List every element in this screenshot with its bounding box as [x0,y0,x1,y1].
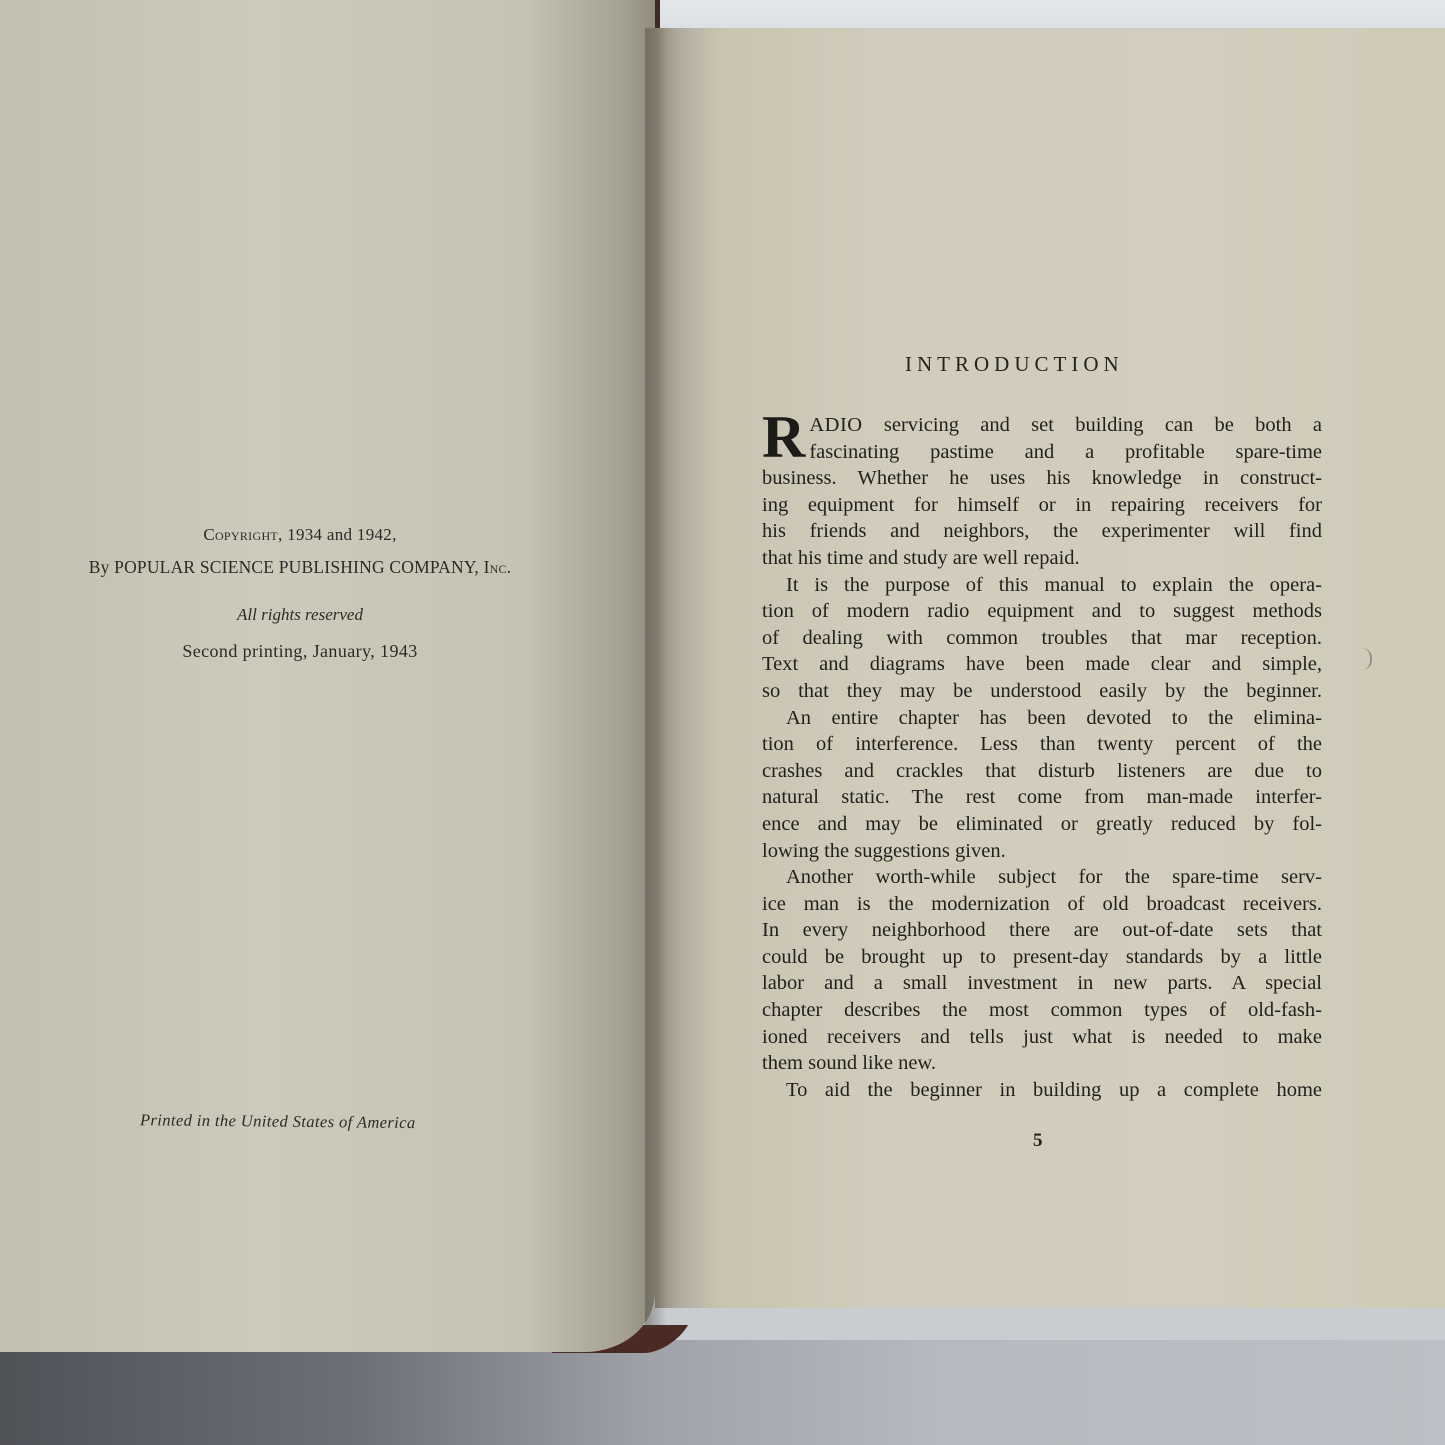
page-number: 5 [1033,1130,1043,1152]
introduction-text: RADIO servicing and set building can be … [762,412,1322,1103]
text-line: To aid the beginner in building up a com… [762,1077,1322,1104]
text-line: ence and may be eliminated or greatly re… [762,811,1322,838]
text-line: lowing the suggestions given. [762,838,1322,865]
first-word: ADIO [809,414,862,436]
text-line: fascinating pastime and a profitable spa… [762,439,1322,466]
copyright-years: , 1934 and 1942, [278,525,397,544]
publisher-prefix: By [89,557,110,577]
text-line: Text and diagrams have been made clear a… [762,651,1322,678]
text-line: them sound like new. [762,1050,1322,1077]
printed-in-notice: Printed in the United States of America [140,1110,480,1134]
text-line: could be brought up to present-day stand… [762,944,1322,971]
text-line: ice man is the modernization of old broa… [762,891,1322,918]
chapter-title: INTRODUCTION [905,352,1124,377]
text-line-content: servicing and set building can be both a [863,414,1322,436]
text-line: his friends and neighbors, the experimen… [762,518,1322,545]
text-line: It is the purpose of this manual to expl… [762,572,1322,599]
printing-info: Second printing, January, 1943 [40,641,560,662]
text-line: labor and a small investment in new part… [762,970,1322,997]
text-line: Another worth-while subject for the spar… [762,864,1322,891]
copyright-label: Copyright [203,525,278,544]
text-line: that his time and study are well repaid. [762,545,1322,572]
text-line: natural static. The rest come from man-m… [762,784,1322,811]
rights-reserved: All rights reserved [40,605,560,625]
text-line: An entire chapter has been devoted to th… [762,705,1322,732]
text-line: tion of modern radio equipment and to su… [762,598,1322,625]
background-surface-bottom [0,1340,1445,1445]
publisher-line: By POPULAR SCIENCE PUBLISHING COMPANY, I… [40,557,560,578]
text-line: In every neighborhood there are out-of-d… [762,917,1322,944]
text-line: crashes and crackles that disturb listen… [762,758,1322,785]
gutter-shadow [645,28,667,1328]
copyright-notice: Copyright, 1934 and 1942, [40,525,560,545]
text-line: RADIO servicing and set building can be … [762,412,1322,439]
text-line: business. Whether he uses his knowledge … [762,465,1322,492]
publisher-name: POPULAR SCIENCE PUBLISHING COMPANY, [114,557,479,577]
left-page: Copyright, 1934 and 1942, By POPULAR SCI… [0,0,655,1352]
text-line: chapter describes the most common types … [762,997,1322,1024]
copyright-block: Copyright, 1934 and 1942, By POPULAR SCI… [40,525,560,662]
text-line: of dealing with common troubles that mar… [762,625,1322,652]
text-line: ing equipment for himself or in repairin… [762,492,1322,519]
text-line: ioned receivers and tells just what is n… [762,1024,1322,1051]
text-line: so that they may be understood easily by… [762,678,1322,705]
publisher-suffix: Inc. [484,557,512,577]
text-line: tion of interference. Less than twenty p… [762,731,1322,758]
drop-cap: R [762,414,805,460]
